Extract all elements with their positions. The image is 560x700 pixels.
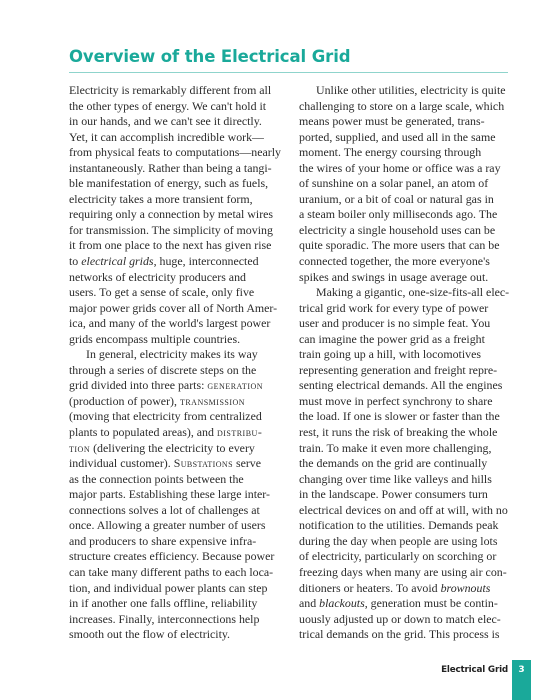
text-line: ditioners or heaters. To avoid brownouts xyxy=(299,581,511,597)
text-segment: ditioners or heaters. To avoid xyxy=(299,581,441,595)
text-line: means power must be generated, trans- xyxy=(299,114,511,130)
text-line: to electrical grids, huge, interconnecte… xyxy=(69,254,283,270)
text-line: tion, and individual power plants can st… xyxy=(69,581,283,597)
text-segment: electricity takes a more transient form, xyxy=(69,192,253,206)
text-line: the wires of your home or office was a r… xyxy=(299,161,511,177)
text-segment: train. To make it even more challenging, xyxy=(299,441,491,455)
text-segment: uranium, or a bit of coal or natural gas… xyxy=(299,192,494,206)
text-line: In general, electricity makes its way xyxy=(69,347,283,363)
text-segment: the other types of energy. We can't hold… xyxy=(69,99,266,113)
text-segment: grid divided into three parts: xyxy=(69,378,207,392)
text-segment: serve xyxy=(233,456,261,470)
text-segment: requiring only a connection by metal wir… xyxy=(69,207,273,221)
text-line: user and producer is no simple feat. You xyxy=(299,316,511,332)
text-line: freezing days when many are using air co… xyxy=(299,565,511,581)
text-segment: can imagine the power grid as a freight xyxy=(299,332,485,346)
text-segment: major parts. Establishing these large in… xyxy=(69,487,270,501)
text-segment: representing generation and freight repr… xyxy=(299,363,497,377)
text-segment: in if another one falls offline, reliabi… xyxy=(69,596,257,610)
text-line: and blackouts, generation must be contin… xyxy=(299,596,511,612)
text-segment: the load. If one is slower or faster tha… xyxy=(299,409,500,423)
text-segment: the wires of your home or office was a r… xyxy=(299,161,501,175)
small-caps-term: TION xyxy=(69,441,90,455)
text-segment: notification to the utilities. Demands p… xyxy=(299,518,498,532)
text-line: in the landscape. Power consumers turn xyxy=(299,487,511,503)
text-segment: can take many different paths to each lo… xyxy=(69,565,273,579)
text-segment: and producers to share expensive infra- xyxy=(69,534,256,548)
text-segment: quite sporadic. The more users that can … xyxy=(299,238,500,252)
right-text-column: Unlike other utilities, electricity is q… xyxy=(299,83,511,643)
text-segment: (delivering the electricity to every xyxy=(90,441,255,455)
text-segment: through a series of discrete steps on th… xyxy=(69,363,256,377)
text-line: uranium, or a bit of coal or natural gas… xyxy=(299,192,511,208)
text-segment: instantaneously. Rather than being a tan… xyxy=(69,161,272,175)
text-line: representing generation and freight repr… xyxy=(299,363,511,379)
running-footer-section-label: Electrical Grid xyxy=(420,665,508,675)
text-segment: , huge, interconnected xyxy=(154,254,259,268)
title-divider xyxy=(69,72,508,73)
text-line: plants to populated areas), and DISTRIBU… xyxy=(69,425,283,441)
text-line: must move in perfect synchrony to share xyxy=(299,394,511,410)
text-segment: in the landscape. Power consumers turn xyxy=(299,487,488,501)
text-line: notification to the utilities. Demands p… xyxy=(299,518,511,534)
text-segment: Unlike other utilities, electricity is q… xyxy=(316,83,506,97)
text-segment: means power must be generated, trans- xyxy=(299,114,485,128)
italic-term: blackouts xyxy=(319,596,365,610)
text-segment: networks of electricity producers and xyxy=(69,270,246,284)
text-segment: during the day when people are using lot… xyxy=(299,534,497,548)
text-line: major power grids cover all of North Ame… xyxy=(69,301,283,317)
text-line: from physical feats to computations—near… xyxy=(69,145,283,161)
text-line: the load. If one is slower or faster tha… xyxy=(299,409,511,425)
text-segment: of electricity, particularly on scorchin… xyxy=(299,549,496,563)
text-line: changing over time like valleys and hill… xyxy=(299,472,511,488)
text-segment: in our hands, and we can't see it direct… xyxy=(69,114,262,128)
text-line: networks of electricity producers and xyxy=(69,270,283,286)
text-line: users. To get a sense of scale, only fiv… xyxy=(69,285,283,301)
page-number: 3 xyxy=(512,665,531,675)
text-line: can imagine the power grid as a freight xyxy=(299,332,511,348)
text-line: a steam boiler only milliseconds ago. Th… xyxy=(299,207,511,223)
text-segment: plants to populated areas), and xyxy=(69,425,217,439)
text-segment: ica, and many of the world's largest pow… xyxy=(69,316,270,330)
text-line: it from one place to the next has given … xyxy=(69,238,283,254)
text-line: trical demands on the grid. This process… xyxy=(299,627,511,643)
italic-term: electrical grids xyxy=(81,254,153,268)
small-caps-term: DISTRIBU- xyxy=(217,425,262,439)
text-line: during the day when people are using lot… xyxy=(299,534,511,550)
text-line: ble manifestation of energy, such as fue… xyxy=(69,176,283,192)
text-line: Making a gigantic, one-size-fits-all ele… xyxy=(299,285,511,301)
page-title: Overview of the Electrical Grid xyxy=(69,47,350,66)
text-line: electrical devices on and off at will, w… xyxy=(299,503,511,519)
text-line: can take many different paths to each lo… xyxy=(69,565,283,581)
text-line: moment. The energy coursing through xyxy=(299,145,511,161)
text-line: challenging to store on a large scale, w… xyxy=(299,99,511,115)
text-segment: In general, electricity makes its way xyxy=(86,347,258,361)
text-line: the other types of energy. We can't hold… xyxy=(69,99,283,115)
text-line: in if another one falls offline, reliabi… xyxy=(69,596,283,612)
text-line: instantaneously. Rather than being a tan… xyxy=(69,161,283,177)
text-line: of sunshine on a solar panel, an atom of xyxy=(299,176,511,192)
text-line: once. Allowing a greater number of users xyxy=(69,518,283,534)
text-line: and producers to share expensive infra- xyxy=(69,534,283,550)
text-segment: senting electrical demands. All the engi… xyxy=(299,378,502,392)
text-segment: structure creates efficiency. Because po… xyxy=(69,549,274,563)
text-segment: trical demands on the grid. This process… xyxy=(299,627,500,641)
text-segment: connected together, the more everyone's xyxy=(299,254,490,268)
text-line: (production of power), TRANSMISSION xyxy=(69,394,283,410)
text-segment: users. To get a sense of scale, only fiv… xyxy=(69,285,254,299)
text-line: train. To make it even more challenging, xyxy=(299,441,511,457)
text-segment: from physical feats to computations—near… xyxy=(69,145,281,159)
text-line: ported, supplied, and used all in the sa… xyxy=(299,130,511,146)
text-line: connections solves a lot of challenges a… xyxy=(69,503,283,519)
text-line: as the connection points between the xyxy=(69,472,283,488)
text-segment: , generation must be contin- xyxy=(365,596,498,610)
text-line: requiring only a connection by metal wir… xyxy=(69,207,283,223)
text-line: for transmission. The simplicity of movi… xyxy=(69,223,283,239)
text-line: individual customer). Substations serve xyxy=(69,456,283,472)
text-segment: ble manifestation of energy, such as fue… xyxy=(69,176,268,190)
text-line: in our hands, and we can't see it direct… xyxy=(69,114,283,130)
left-text-column: Electricity is remarkably different from… xyxy=(69,83,283,643)
text-line: grid divided into three parts: GENERATIO… xyxy=(69,378,283,394)
text-line: grids encompass multiple countries. xyxy=(69,332,283,348)
text-line: Yet, it can accomplish incredible work— xyxy=(69,130,283,146)
text-line: spikes and swings in usage average out. xyxy=(299,270,511,286)
text-segment: smooth out the flow of electricity. xyxy=(69,627,230,641)
text-segment: Yet, it can accomplish incredible work— xyxy=(69,130,264,144)
text-segment: as the connection points between the xyxy=(69,472,244,486)
text-line: electricity takes a more transient form, xyxy=(69,192,283,208)
text-segment: electrical devices on and off at will, w… xyxy=(299,503,508,517)
text-segment: freezing days when many are using air co… xyxy=(299,565,507,579)
italic-term: brownouts xyxy=(441,581,491,595)
text-line: train going up a hill, with locomotives xyxy=(299,347,511,363)
text-line: Electricity is remarkably different from… xyxy=(69,83,283,99)
text-segment: uously adjusted up or down to match elec… xyxy=(299,612,501,626)
text-segment: Electricity is remarkably different from… xyxy=(69,83,271,97)
text-line: trical grid work for every type of power xyxy=(299,301,511,317)
text-line: electricity a single household uses can … xyxy=(299,223,511,239)
text-line: connected together, the more everyone's xyxy=(299,254,511,270)
text-segment: of sunshine on a solar panel, an atom of xyxy=(299,176,488,190)
text-segment: train going up a hill, with locomotives xyxy=(299,347,481,361)
text-line: (moving that electricity from centralize… xyxy=(69,409,283,425)
text-line: Unlike other utilities, electricity is q… xyxy=(299,83,511,99)
small-caps-term: GENERATION xyxy=(207,378,263,392)
text-segment: a steam boiler only milliseconds ago. Th… xyxy=(299,207,497,221)
text-line: the demands on the grid are continually xyxy=(299,456,511,472)
text-line: quite sporadic. The more users that can … xyxy=(299,238,511,254)
text-segment: major power grids cover all of North Ame… xyxy=(69,301,277,315)
text-segment: connections solves a lot of challenges a… xyxy=(69,503,260,517)
text-line: TION (delivering the electricity to ever… xyxy=(69,441,283,457)
text-line: through a series of discrete steps on th… xyxy=(69,363,283,379)
text-segment: grids encompass multiple countries. xyxy=(69,332,240,346)
small-caps-term: Substations xyxy=(174,456,233,470)
text-line: smooth out the flow of electricity. xyxy=(69,627,283,643)
text-segment: and xyxy=(299,596,319,610)
text-segment: individual customer). xyxy=(69,456,174,470)
text-segment: increases. Finally, interconnections hel… xyxy=(69,612,259,626)
text-segment: the demands on the grid are continually xyxy=(299,456,487,470)
text-segment: to xyxy=(69,254,81,268)
text-line: senting electrical demands. All the engi… xyxy=(299,378,511,394)
text-line: ica, and many of the world's largest pow… xyxy=(69,316,283,332)
text-segment: trical grid work for every type of power xyxy=(299,301,488,315)
text-segment: it from one place to the next has given … xyxy=(69,238,271,252)
small-caps-term: TRANSMISSION xyxy=(180,394,245,408)
text-segment: (moving that electricity from centralize… xyxy=(69,409,262,423)
text-segment: moment. The energy coursing through xyxy=(299,145,481,159)
text-line: uously adjusted up or down to match elec… xyxy=(299,612,511,628)
text-segment: challenging to store on a large scale, w… xyxy=(299,99,504,113)
text-line: rest, it runs the risk of breaking the w… xyxy=(299,425,511,441)
text-segment: once. Allowing a greater number of users xyxy=(69,518,265,532)
text-line: major parts. Establishing these large in… xyxy=(69,487,283,503)
text-line: increases. Finally, interconnections hel… xyxy=(69,612,283,628)
text-segment: must move in perfect synchrony to share xyxy=(299,394,493,408)
text-segment: electricity a single household uses can … xyxy=(299,223,495,237)
text-segment: user and producer is no simple feat. You xyxy=(299,316,490,330)
text-line: structure creates efficiency. Because po… xyxy=(69,549,283,565)
text-segment: for transmission. The simplicity of movi… xyxy=(69,223,273,237)
text-segment: spikes and swings in usage average out. xyxy=(299,270,488,284)
text-line: of electricity, particularly on scorchin… xyxy=(299,549,511,565)
text-segment: tion, and individual power plants can st… xyxy=(69,581,267,595)
text-segment: rest, it runs the risk of breaking the w… xyxy=(299,425,497,439)
page-number-tab: 3 xyxy=(512,660,531,700)
text-segment: changing over time like valleys and hill… xyxy=(299,472,492,486)
text-segment: Making a gigantic, one-size-fits-all ele… xyxy=(316,285,509,299)
text-segment: (production of power), xyxy=(69,394,180,408)
text-segment: ported, supplied, and used all in the sa… xyxy=(299,130,495,144)
